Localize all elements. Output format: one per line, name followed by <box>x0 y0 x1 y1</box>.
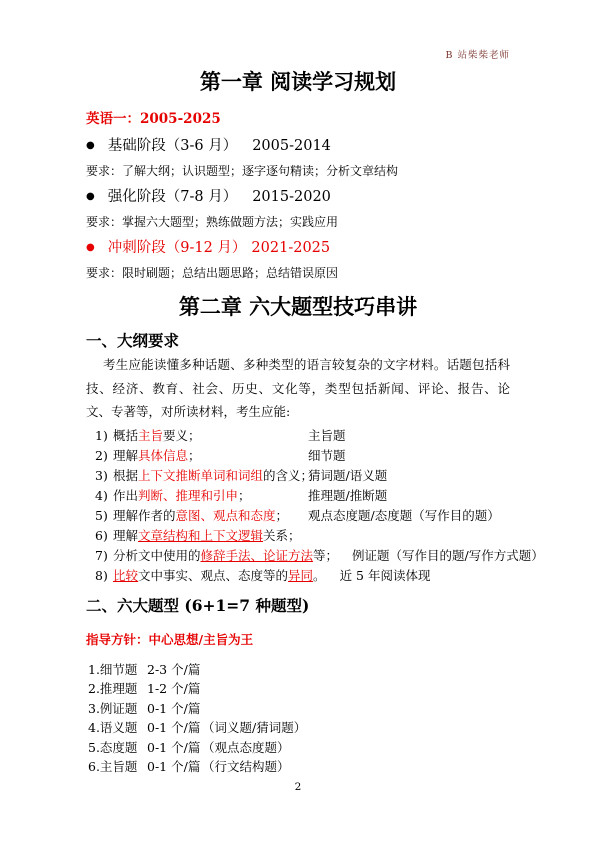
outline-text-segment: ； <box>238 488 251 503</box>
outline-text-segment: 意图、观点和态度 <box>176 508 276 523</box>
outline-text-segment: ； <box>276 508 289 523</box>
outline-requirements-list: 1)概括主旨要义；主旨题2)理解具体信息；细节题3)根据上下文推断单词和词组的含… <box>86 426 510 586</box>
outline-text-segment: 的含义； <box>263 468 313 483</box>
outline-text-segment: 分析文中使用的 <box>113 548 201 563</box>
outline-text-segment: 文章结构和上下文逻辑 <box>138 528 263 543</box>
outline-text-segment: ； <box>188 448 201 463</box>
outline-number: 8) <box>95 566 113 586</box>
outline-number: 6) <box>95 526 113 546</box>
stage-requirement: 要求：掌握六大题型；熟练做题方法；实践应用 <box>86 214 510 230</box>
type-note: （词义题/猜词题） <box>202 720 306 735</box>
outline-answer: 例证题（写作目的题/写作方式题） <box>352 548 544 563</box>
stage-requirement: 要求：了解大纲；认识题型；逐字逐句精读；分析文章结构 <box>86 163 510 179</box>
question-type-row: 3.例证题0-1 个/篇 <box>86 699 510 719</box>
type-count: 2-3 个/篇 <box>147 660 202 680</box>
outline-text-segment: 概括 <box>113 428 138 443</box>
bullet-icon: ● <box>86 140 95 151</box>
outline-text-segment: 理解 <box>113 528 138 543</box>
outline-text-segment: 关系； <box>263 528 301 543</box>
outline-answer: 主旨题 <box>308 426 346 446</box>
outline-text-segment: 等； <box>313 548 338 563</box>
outline-number: 1) <box>95 426 113 446</box>
chapter1-title: 第一章 阅读学习规划 <box>86 68 510 96</box>
outline-item: 1)概括主旨要义；主旨题 <box>86 426 510 446</box>
type-name: 6.主旨题 <box>88 757 147 777</box>
stage-item: ●强化阶段（7-8 月）2015-2020 <box>86 187 510 207</box>
stage-years: 2021-2025 <box>251 240 330 256</box>
outline-item: 6)理解文章结构和上下文逻辑关系； <box>86 526 510 546</box>
guideline-text: 指导方针：中心思想/主旨为王 <box>86 632 510 648</box>
outline-text-segment: 判断、推理和引申 <box>138 488 238 503</box>
type-name: 4.语义题 <box>88 718 147 738</box>
stage-label: 基础阶段（3-6 月） <box>108 138 237 154</box>
bullet-icon: ● <box>86 191 95 202</box>
outline-answer: 推理题/推断题 <box>308 486 387 506</box>
outline-paragraph: 考生应能读懂多种话题、多种类型的语言较复杂的文字材料。话题包括科技、经济、教育、… <box>86 353 510 424</box>
outline-text-segment: 主旨 <box>138 428 163 443</box>
outline-text-segment: 理解作者的 <box>113 508 176 523</box>
chapter2-title: 第二章 六大题型技巧串讲 <box>86 293 510 321</box>
type-note: （行文结构题） <box>202 759 290 774</box>
outline-number: 5) <box>95 506 113 526</box>
type-count: 0-1 个/篇 <box>147 699 202 719</box>
stage-label: 强化阶段（7-8 月） <box>108 189 237 205</box>
outline-answer: 猜词题/语义题 <box>308 466 387 486</box>
outline-answer: 近 5 年阅读体现 <box>340 568 431 583</box>
outline-text-segment: 要义； <box>163 428 201 443</box>
outline-number: 7) <box>95 546 113 566</box>
stage-years: 2015-2020 <box>252 189 331 205</box>
exam-range-subtitle: 英语一：2005-2025 <box>86 111 510 128</box>
outline-text-segment: 作出 <box>113 488 138 503</box>
document-page: B 站柴柴老师 第一章 阅读学习规划 英语一：2005-2025 ●基础阶段（3… <box>0 0 596 842</box>
type-name: 1.细节题 <box>88 660 147 680</box>
type-name: 3.例证题 <box>88 699 147 719</box>
outline-answer: 细节题 <box>308 446 346 466</box>
outline-item: 8)比较文中事实、观点、态度等的异同。近 5 年阅读体现 <box>86 566 510 586</box>
outline-text-segment: 异同 <box>288 568 313 583</box>
question-type-row: 1.细节题2-3 个/篇 <box>86 660 510 680</box>
outline-text-segment: 比较 <box>113 568 138 583</box>
question-types-heading: 二、六大题型 (6+1=7 种题型) <box>86 596 510 615</box>
outline-number: 3) <box>95 466 113 486</box>
page-number: 2 <box>0 781 596 793</box>
question-type-row: 4.语义题0-1 个/篇（词义题/猜词题） <box>86 718 510 738</box>
bullet-icon: ● <box>86 242 95 253</box>
type-count: 0-1 个/篇 <box>147 757 202 777</box>
outline-number: 2) <box>95 446 113 466</box>
type-name: 5.态度题 <box>88 738 147 758</box>
study-stages-list: ●基础阶段（3-6 月）2005-2014要求：了解大纲；认识题型；逐字逐句精读… <box>86 136 510 281</box>
stage-years: 2005-2014 <box>252 138 331 154</box>
outline-item: 4)作出判断、推理和引申；推理题/推断题 <box>86 486 510 506</box>
stage-item: ●冲刺阶段（9-12 月）2021-2025 <box>86 238 510 258</box>
outline-heading: 一、大纲要求 <box>86 331 510 350</box>
stage-item: ●基础阶段（3-6 月）2005-2014 <box>86 136 510 156</box>
outline-text-segment: 修辞手法、论证方法 <box>201 548 314 563</box>
outline-number: 4) <box>95 486 113 506</box>
type-count: 1-2 个/篇 <box>147 679 202 699</box>
outline-item: 2)理解具体信息；细节题 <box>86 446 510 466</box>
stage-requirement: 要求：限时刷题；总结出题思路；总结错误原因 <box>86 265 510 281</box>
outline-text-segment: 上下文推断单词和词组 <box>138 468 263 483</box>
outline-text-segment: 根据 <box>113 468 138 483</box>
outline-item: 7)分析文中使用的修辞手法、论证方法等；例证题（写作目的题/写作方式题） <box>86 546 510 566</box>
page-content: 第一章 阅读学习规划 英语一：2005-2025 ●基础阶段（3-6 月）200… <box>86 0 510 777</box>
question-types-list: 1.细节题2-3 个/篇2.推理题1-2 个/篇3.例证题0-1 个/篇4.语义… <box>86 660 510 777</box>
question-type-row: 2.推理题1-2 个/篇 <box>86 679 510 699</box>
stage-label: 冲刺阶段（9-12 月） <box>108 240 247 256</box>
type-count: 0-1 个/篇 <box>147 718 202 738</box>
outline-text-segment: 理解 <box>113 448 138 463</box>
outline-text-segment: 文中事实、观点、态度等的 <box>138 568 288 583</box>
question-type-row: 6.主旨题0-1 个/篇（行文结构题） <box>86 757 510 777</box>
outline-item: 3)根据上下文推断单词和词组的含义；猜词题/语义题 <box>86 466 510 486</box>
outline-text-segment: 具体信息 <box>138 448 188 463</box>
outline-answer: 观点态度题/态度题（写作目的题） <box>308 506 500 526</box>
type-count: 0-1 个/篇 <box>147 738 202 758</box>
question-type-row: 5.态度题0-1 个/篇（观点态度题） <box>86 738 510 758</box>
type-name: 2.推理题 <box>88 679 147 699</box>
outline-item: 5)理解作者的意图、观点和态度；观点态度题/态度题（写作目的题） <box>86 506 510 526</box>
type-note: （观点态度题） <box>202 740 290 755</box>
outline-text-segment: 。 <box>313 568 326 583</box>
